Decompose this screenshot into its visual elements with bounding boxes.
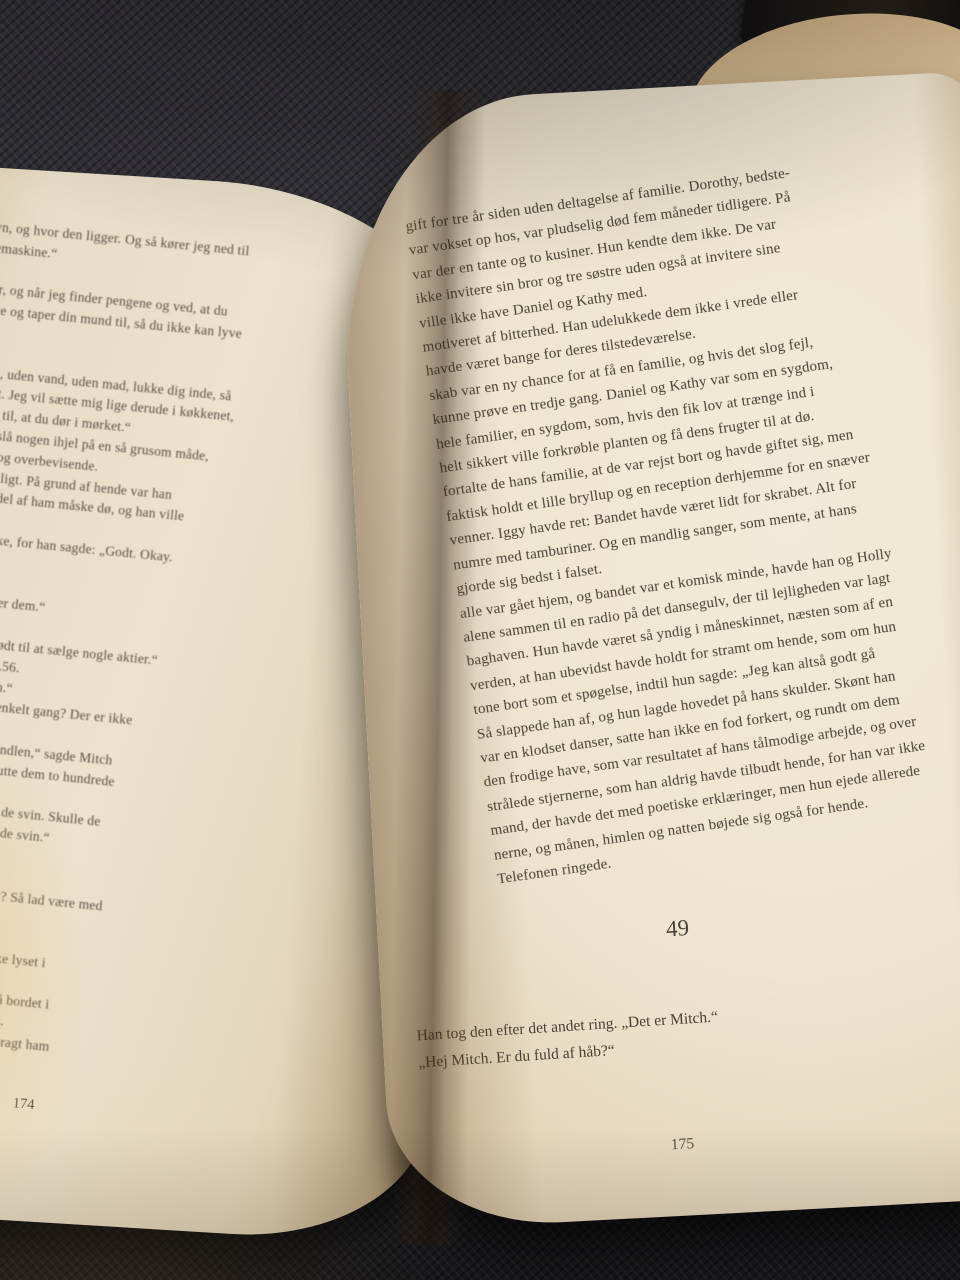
right-page-number: 175 — [670, 1135, 694, 1154]
warm-light-glow — [0, 720, 105, 1246]
right-page: gift for tre år siden uden deltagelse af… — [334, 71, 960, 1231]
